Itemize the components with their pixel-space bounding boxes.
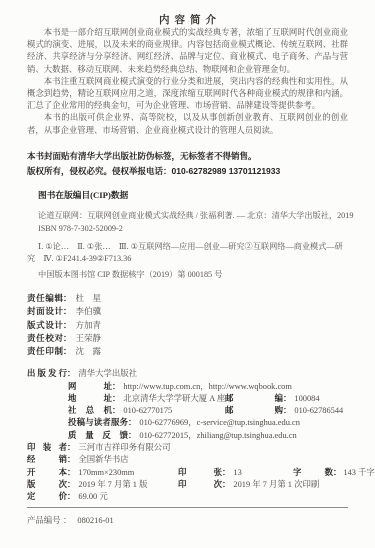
product-code-row: 产品编号：080216-01 bbox=[27, 515, 348, 527]
isbn-number: ISBN 978-7-302-52009-2 bbox=[38, 223, 348, 234]
quality-feedback-label: 质量反馈 bbox=[68, 430, 128, 442]
publisher-label: 出版发行 bbox=[27, 368, 67, 380]
credit-name: 王荣静 bbox=[72, 333, 102, 343]
cip-heading: 图书在版编目(CIP)数据 bbox=[38, 189, 348, 201]
mailorder-phone: 010-62786544 bbox=[291, 406, 343, 415]
price-value: 69.00 元 bbox=[75, 492, 107, 501]
sheets-label: 印张 bbox=[178, 467, 222, 479]
publisher-block: 出版发行：清华大学出版社 网址：http://www.tup.com.cn，ht… bbox=[27, 368, 348, 503]
summary-title: 内容简介 bbox=[27, 14, 348, 27]
credit-row: 责任校对：王荣静 bbox=[27, 332, 348, 345]
credits-block: 责任编辑：杜 星 封面设计：李伯骥 版式设计：方加青 责任校对：王荣静 责任印制… bbox=[27, 292, 348, 358]
copyright-notice: 版权所有，侵权必究。侵权举报电话：010-62782989 1370112193… bbox=[27, 164, 348, 179]
switchboard-label: 社总机 bbox=[68, 405, 112, 417]
website-urls: http://www.tup.com.cn，http://www.wqbook.… bbox=[120, 382, 292, 391]
notices-block: 本书封面贴有清华大学出版社防伪标签，无标签者不得销售。 版权所有，侵权必究。侵权… bbox=[27, 149, 348, 179]
product-code-value: 080216-01 bbox=[71, 516, 113, 525]
credit-name: 李伯骥 bbox=[72, 306, 102, 316]
credit-row: 责任编辑：杜 星 bbox=[27, 292, 348, 305]
postcode-value: 100084 bbox=[291, 394, 319, 403]
format-row: 开本：170mm×230mm印张：13字数：143 千字 bbox=[27, 467, 348, 479]
postcode-label: 邮编 bbox=[225, 393, 283, 405]
credit-label: 责任校对 bbox=[27, 332, 63, 345]
distributor-row: 经销：全国新华书店 bbox=[27, 454, 348, 466]
product-code-label: 产品编号 bbox=[27, 515, 63, 527]
sheets-count: 13 bbox=[230, 468, 241, 477]
credit-name: 杜 星 bbox=[72, 293, 102, 303]
credit-row: 版式设计：方加青 bbox=[27, 319, 348, 332]
quality-feedback-row: 质量反馈：010-62772015，zhiliang@tup.tsinghua.… bbox=[27, 430, 348, 442]
format-size: 170mm×230mm bbox=[75, 468, 134, 477]
website-label: 网址 bbox=[68, 381, 112, 393]
edition-label: 版次 bbox=[27, 479, 67, 491]
credit-label: 封面设计 bbox=[27, 305, 63, 318]
switchboard-row: 社总机：010-62770175邮购：010-62786544 bbox=[27, 405, 348, 417]
summary-paragraph: 本书是一部介绍互联网创业商业模式的实战经典专著，浓缩了互联网时代创业商业模式的演… bbox=[27, 27, 348, 76]
colophon-page: 内容简介 本书是一部介绍互联网创业商业模式的实战经典专著，浓缩了互联网时代创业商… bbox=[0, 0, 375, 548]
cip-entry: 论道互联网：互联网创业商业模式实战经典 / 张福利著. — 北京：清华大学出版社… bbox=[38, 210, 348, 221]
credit-name: 方加青 bbox=[72, 320, 102, 330]
distributor-label: 经销 bbox=[27, 454, 67, 466]
printer-row: 印装者：三河市吉祥印务有限公司 bbox=[27, 442, 348, 454]
publisher-row: 出版发行：清华大学出版社 bbox=[27, 368, 348, 380]
printer-name: 三河市吉祥印务有限公司 bbox=[75, 443, 170, 452]
credit-row: 责任印制：沈 露 bbox=[27, 345, 348, 358]
credit-label: 责任印制 bbox=[27, 345, 63, 358]
mailorder-label: 邮购 bbox=[225, 405, 283, 417]
divider-line bbox=[27, 507, 348, 508]
cip-classification-line2: 究 Ⅳ. ①F241.4-39②F713.36 bbox=[27, 253, 348, 265]
quality-feedback-contact: 010-62772015，zhiliang@tup.tsinghua.edu.c… bbox=[136, 431, 296, 440]
credit-label: 责任编辑 bbox=[27, 292, 63, 305]
credit-label: 版式设计 bbox=[27, 319, 63, 332]
cip-classification-line1: Ⅰ. ①论… Ⅱ. ①张… Ⅲ. ①互联网络—应用—创业—研究②互联网络—商业模… bbox=[38, 241, 348, 253]
credit-row: 封面设计：李伯骥 bbox=[27, 305, 348, 318]
format-label: 开本 bbox=[27, 467, 67, 479]
address-value: 北京清华大学学研大厦 A 座 bbox=[120, 394, 225, 403]
anti-counterfeit-notice: 本书封面贴有清华大学出版社防伪标签，无标签者不得销售。 bbox=[27, 149, 348, 164]
wordcount-label: 字数 bbox=[293, 467, 333, 479]
impression-label: 印次 bbox=[178, 479, 222, 491]
edition-row: 版次：2019 年 7 月第 1 版印次：2019 年 7 月第 1 次印刷 bbox=[27, 479, 348, 491]
reader-service-contact: 010-62776969，c-service@tup.tsinghua.edu.… bbox=[136, 418, 300, 427]
summary-paragraph: 本书注重互联网商业模式演变的行业分类和进展，突出内容的经典性和实用性。从概念到趋… bbox=[27, 76, 348, 113]
website-row: 网址：http://www.tup.com.cn，http://www.wqbo… bbox=[27, 381, 348, 393]
switchboard-phone: 010-62770175 bbox=[120, 406, 172, 415]
price-label: 定价 bbox=[27, 491, 67, 503]
reader-service-row: 投稿与读者服务：010-62776969，c-service@tup.tsing… bbox=[27, 417, 348, 429]
publisher-name: 清华大学出版社 bbox=[75, 369, 137, 378]
printer-label: 印装者 bbox=[27, 442, 67, 454]
edition-value: 2019 年 7 月第 1 版 bbox=[75, 480, 147, 489]
reader-service-label: 投稿与读者服务 bbox=[68, 417, 128, 429]
wordcount-value: 143 千字 bbox=[341, 468, 374, 477]
distributor-name: 全国新华书店 bbox=[75, 455, 128, 464]
summary-paragraph: 本书的出版可供企业界、高等院校，以及从事创新创业教育、互联网创业的创业者，从事企… bbox=[27, 112, 348, 136]
credit-name: 沈 露 bbox=[72, 346, 102, 356]
cip-record-number: 中国版本图书馆 CIP 数据核字（2019）第 000185 号 bbox=[38, 269, 348, 280]
impression-value: 2019 年 7 月第 1 次印刷 bbox=[230, 480, 319, 489]
price-row: 定价：69.00 元 bbox=[27, 491, 348, 503]
address-row: 地址：北京清华大学学研大厦 A 座邮编：100084 bbox=[27, 393, 348, 405]
address-label: 地址 bbox=[68, 393, 112, 405]
